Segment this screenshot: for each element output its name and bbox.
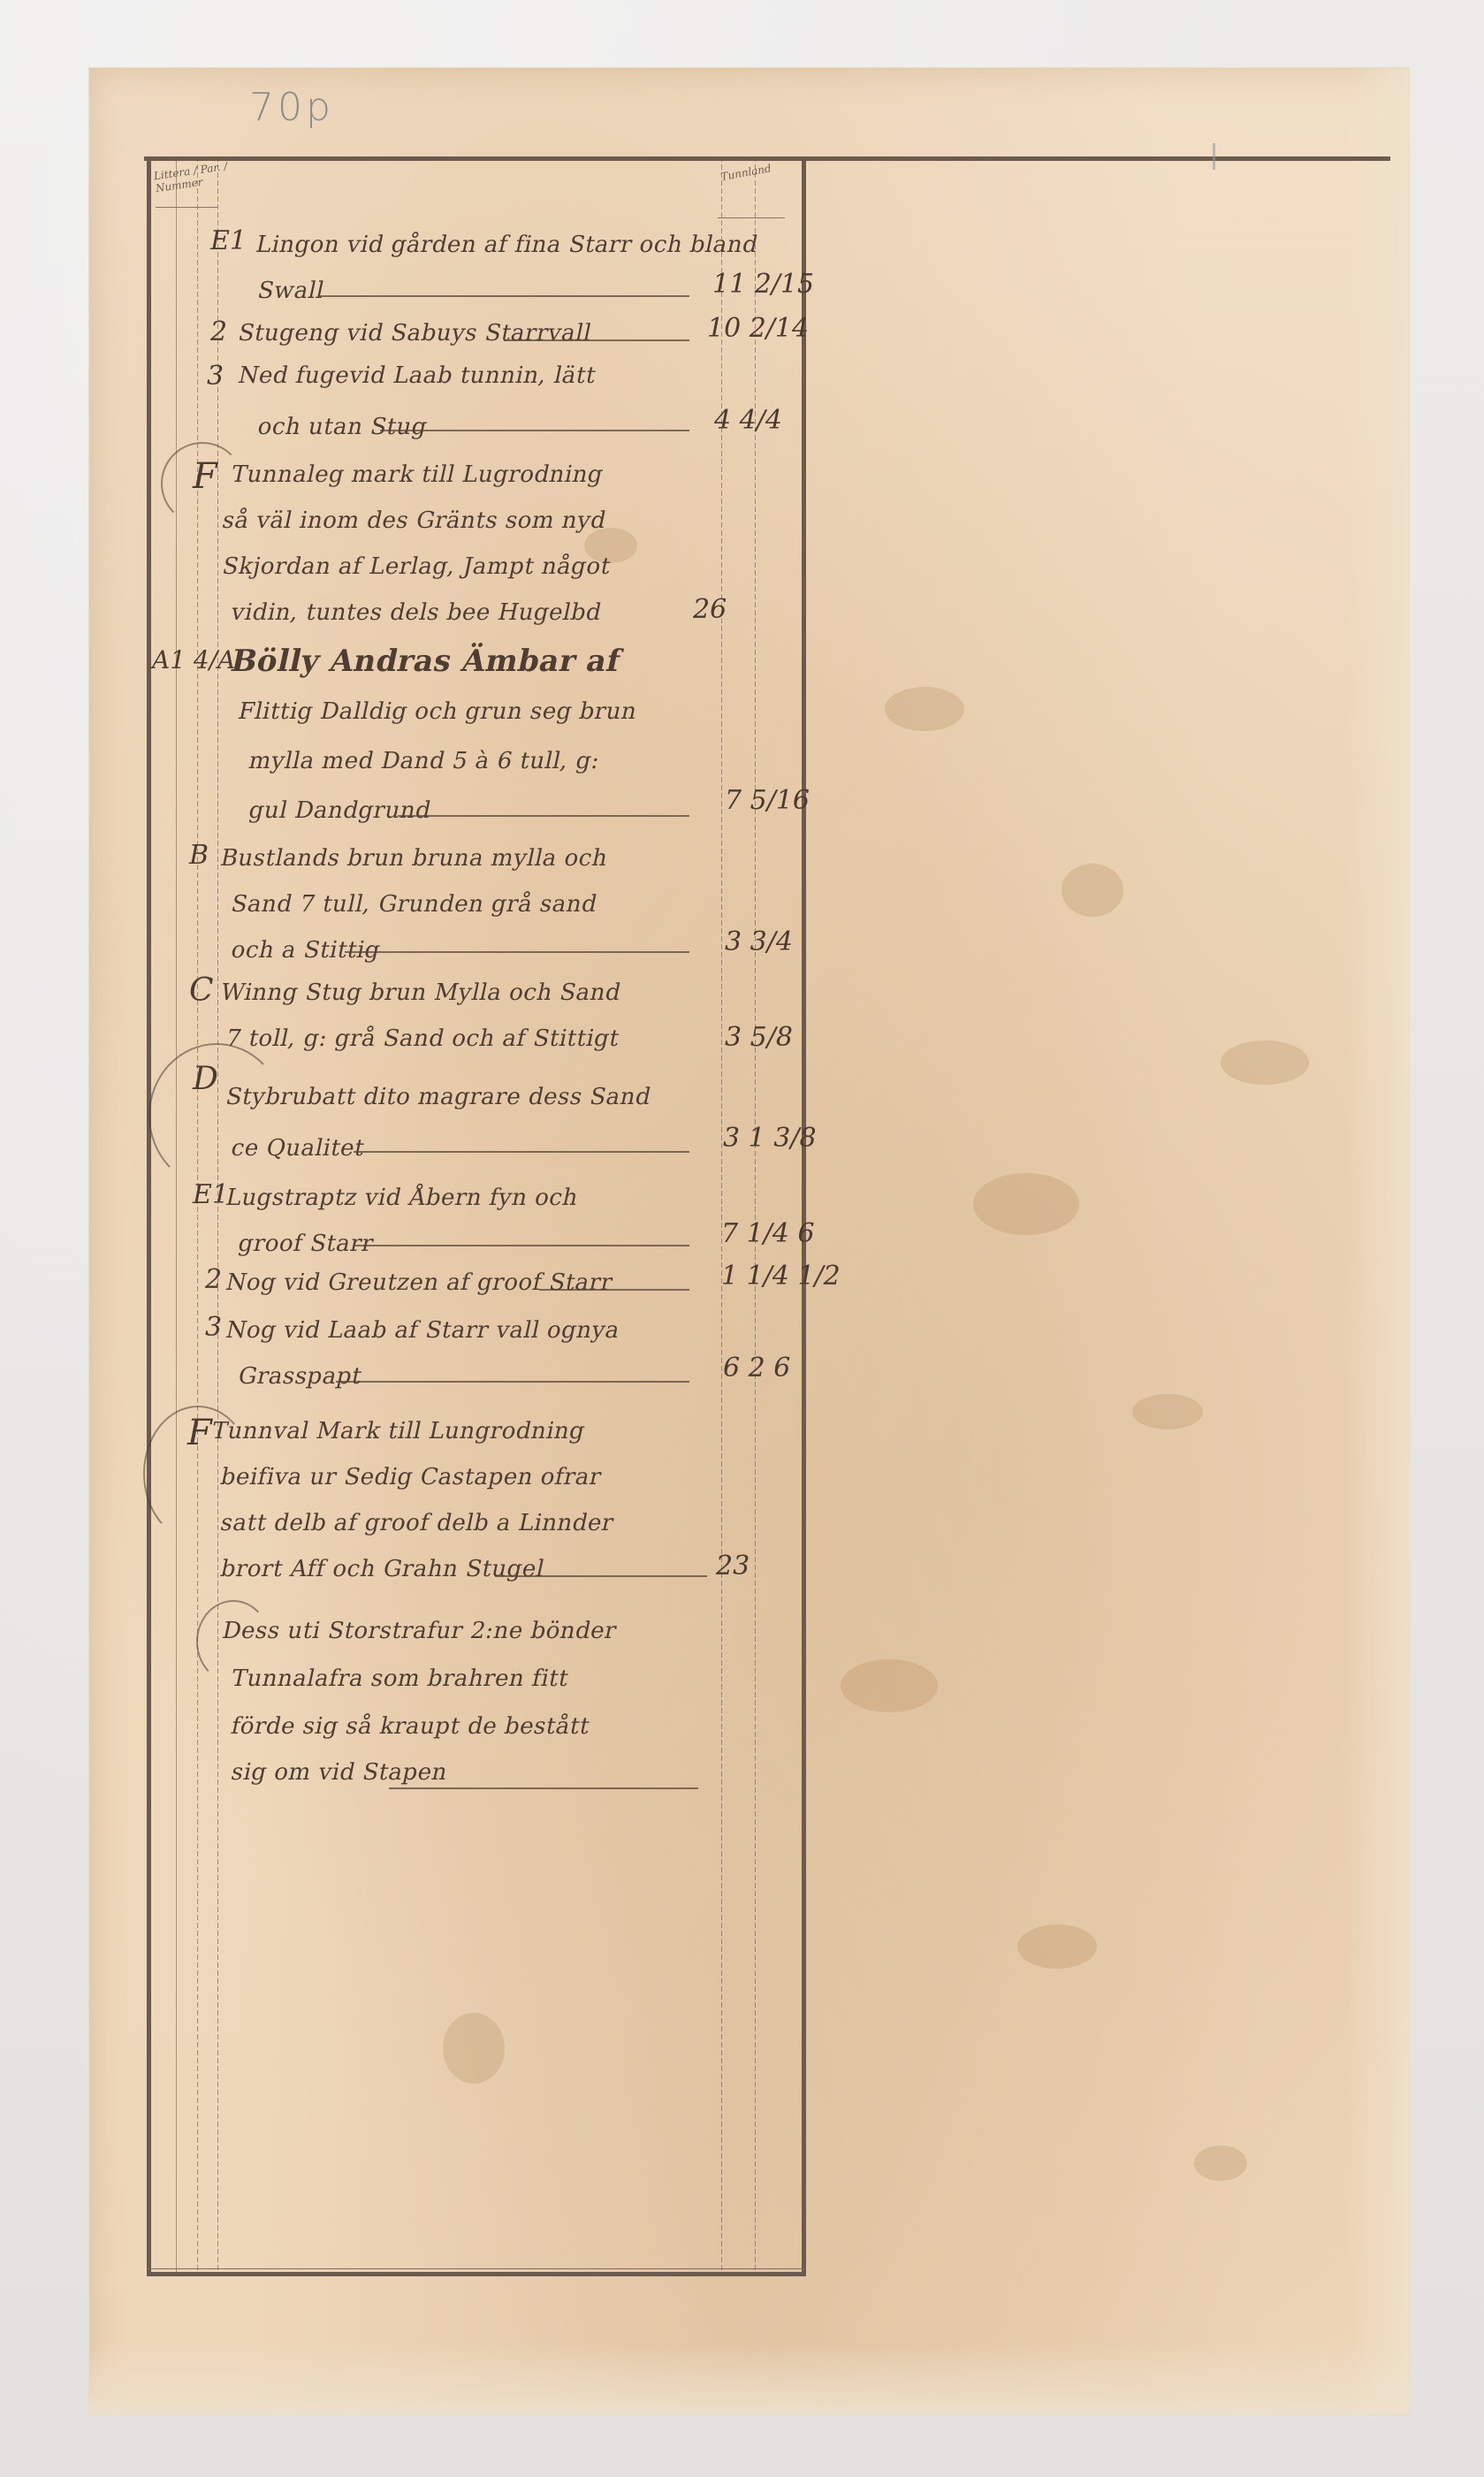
entry-mark: 2 xyxy=(205,1264,222,1295)
entry-line: groof Starr xyxy=(236,1231,377,1257)
entry-line: mylla med Dand 5 à 6 tull, g: xyxy=(247,748,603,774)
entry-line: Bustlands brun bruna mylla och xyxy=(218,845,611,872)
entry-mark: 3 xyxy=(205,1312,222,1343)
entry-mark: D xyxy=(193,1061,218,1097)
entry-mark: 2 xyxy=(210,316,227,347)
foxing-spot xyxy=(1221,1040,1309,1085)
entry-line: Skjordan af Lerlag, Jampt något xyxy=(220,553,613,580)
entry-line: Sand 7 tull, Grunden grå sand xyxy=(229,891,600,918)
pencil-tick xyxy=(1213,143,1215,170)
entry-amount: 11 2/15 xyxy=(712,269,814,300)
fill-rule xyxy=(336,1381,689,1383)
fill-rule xyxy=(504,339,689,341)
entry-mark: C xyxy=(189,972,214,1009)
fill-rule xyxy=(539,1289,689,1291)
folio-pencil-mark: 70p xyxy=(249,85,334,130)
entry-line: förde sig så kraupt de bestått xyxy=(229,1713,592,1740)
entry-line: Winng Stug brun Mylla och Sand xyxy=(218,979,624,1006)
entry-line: Stugeng vid Sabuys Starrvall xyxy=(236,320,594,347)
entry-line: gul Dandgrund xyxy=(247,797,434,824)
entry-line: Lingon vid gården af fina Starr och blan… xyxy=(254,232,761,258)
fill-rule xyxy=(354,1245,689,1246)
foxing-spot xyxy=(1194,2145,1247,2181)
entry-line: så väl inom des Gränts som nyd xyxy=(220,507,609,534)
entry-line: Tunnalafra som brahren fitt xyxy=(229,1665,571,1692)
header-separator xyxy=(718,217,785,218)
entry-amount: 3 1 3/8 xyxy=(723,1123,817,1154)
foxing-spot xyxy=(1132,1394,1203,1429)
entry-line: Dess uti Storstrafur 2:ne bönder xyxy=(220,1618,620,1644)
entry-line: Tunnval Mark till Lungrodning xyxy=(209,1418,588,1444)
entry-line: ce Qualitet xyxy=(229,1135,368,1162)
fill-rule xyxy=(389,1787,698,1789)
header-separator xyxy=(156,207,217,208)
entry-line: Lugstraptz vid Åbern fyn och xyxy=(224,1185,581,1211)
ledger-bottom-rule xyxy=(147,2268,806,2269)
entry-amount: 4 4/4 xyxy=(714,405,782,436)
paper-edge-right xyxy=(1347,68,1409,2414)
fill-rule xyxy=(354,1151,689,1153)
entry-line: Stybrubatt dito magrare dess Sand xyxy=(224,1084,654,1110)
entry-line: satt delb af groof delb a Linnder xyxy=(218,1510,616,1536)
entry-line: Tunnaleg mark till Lugrodning xyxy=(229,461,606,488)
entry-amount: 7 1/4 6 xyxy=(721,1218,815,1249)
entry-line: sig om vid Stapen xyxy=(229,1759,450,1786)
entry-line: Nog vid Greutzen af groof Starr xyxy=(224,1269,615,1296)
entry-mark: E1 xyxy=(193,1179,229,1210)
entry-amount: 10 2/14 xyxy=(707,313,809,344)
entry-mark: A1 4/A xyxy=(152,645,235,675)
entry-amount: 3 5/8 xyxy=(725,1022,793,1053)
entry-mark: 3 xyxy=(207,361,224,392)
entry-mark: B xyxy=(189,840,209,871)
fill-rule xyxy=(318,295,689,297)
entry-mark: E1 xyxy=(210,225,247,256)
fill-rule xyxy=(398,815,689,817)
fill-rule xyxy=(345,951,689,953)
entry-line: Swall xyxy=(255,278,327,304)
entry-mark: F xyxy=(187,1413,212,1453)
amount-column-rule xyxy=(755,156,756,2272)
entry-line: Nog vid Laab af Starr vall ognya xyxy=(224,1317,622,1344)
foxing-spot xyxy=(1062,864,1123,917)
entry-line: Flittig Dalldig och grun seg brun xyxy=(236,698,640,725)
entry-amount: 7 5/16 xyxy=(725,785,810,816)
entry-line: vidin, tuntes dels bee Hugelbd xyxy=(229,599,605,626)
foxing-spot xyxy=(1017,1924,1097,1969)
entry-line: beifiva ur Sedig Castapen ofrar xyxy=(218,1464,604,1490)
foxing-spot xyxy=(973,1173,1079,1235)
foxing-spot xyxy=(885,687,964,731)
amount-column-rule xyxy=(721,156,722,2272)
entry-line: och utan Stug xyxy=(255,414,430,440)
fill-rule xyxy=(380,430,689,431)
entry-line: Ned fugevid Laab tunnin, lätt xyxy=(236,362,598,389)
entry-line: brort Aff och Grahn Stugel xyxy=(218,1556,547,1582)
fill-rule xyxy=(495,1575,707,1577)
entry-amount: 23 xyxy=(716,1551,750,1581)
entry-line: 7 toll, g: grå Sand och af Stittigt xyxy=(224,1025,622,1052)
entry-amount: 6 2 6 xyxy=(723,1353,790,1383)
entry-amount: 3 3/4 xyxy=(725,926,793,957)
entry-line: Bölly Andras Ämbar af xyxy=(228,644,624,679)
entry-amount: 26 xyxy=(693,594,727,625)
foxing-spot xyxy=(841,1659,938,1712)
entry-amount: 1 1/4 1/2 xyxy=(721,1261,841,1292)
entry-line: och a Stittig xyxy=(229,937,383,964)
entry-line: Grasspapt xyxy=(236,1363,365,1390)
paper-edge-bottom xyxy=(89,2344,1409,2414)
